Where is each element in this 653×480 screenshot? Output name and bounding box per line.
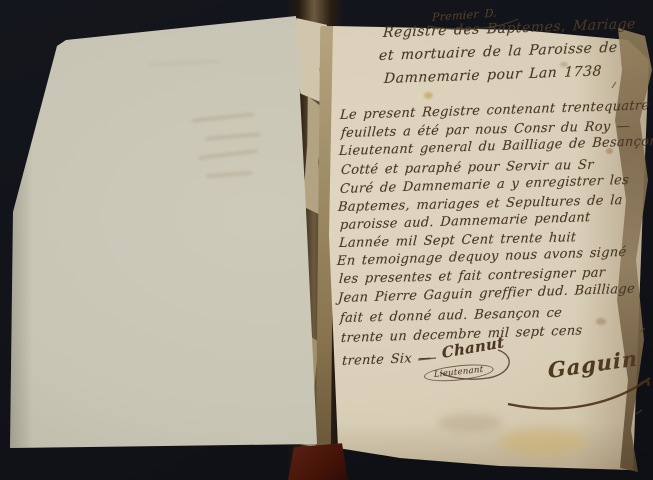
open-register-book-scan: Premier D. Registre des Baptemes, Mariag… — [0, 0, 653, 480]
